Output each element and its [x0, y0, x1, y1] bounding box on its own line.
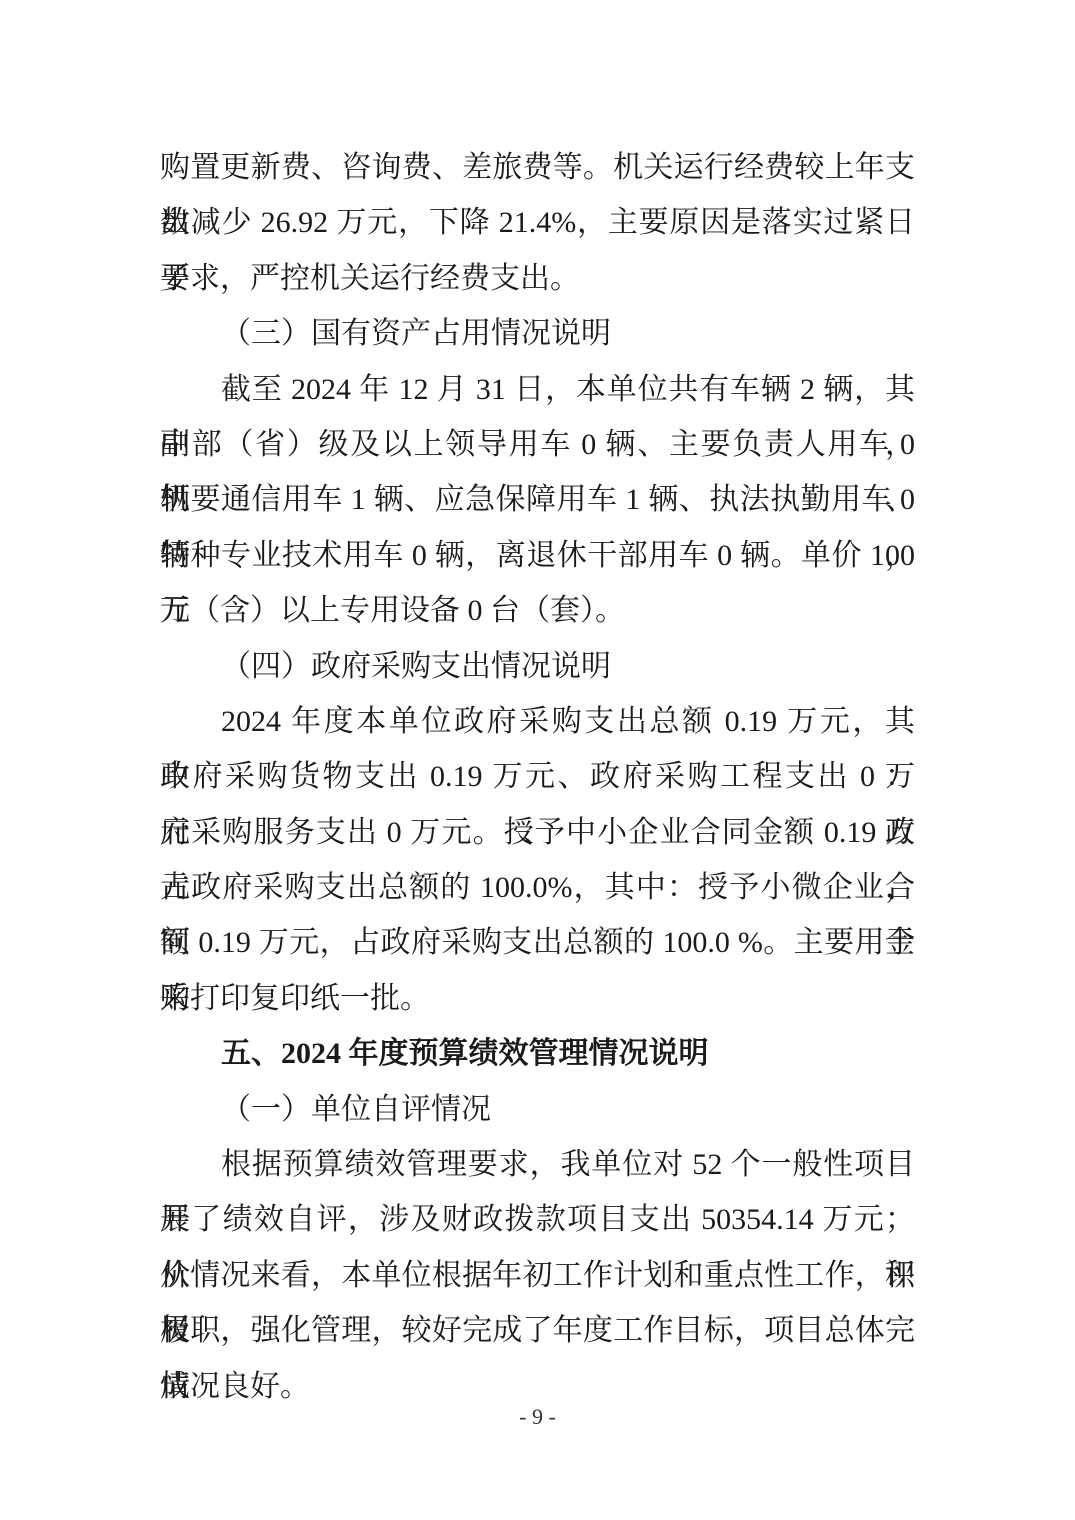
body-line: 额 0.19 万元，占政府采购支出总额的 100.0 %。主要用于采: [160, 915, 915, 970]
subsection-heading-gov-procurement: （四）政府采购支出情况说明: [160, 639, 915, 694]
subsection-heading-self-evaluation: （一）单位自评情况: [160, 1082, 915, 1137]
body-line: 数减少 26.92 万元，下降 21.4%，主要原因是落实过紧日子: [160, 195, 915, 250]
section-heading-performance-management: 五、2024 年度预算绩效管理情况说明: [160, 1026, 915, 1081]
body-line: 特种专业技术用车 0 辆，离退休干部用车 0 辆。单价 100 万: [160, 528, 915, 583]
subsection-heading-state-assets: （三）国有资产占用情况说明: [160, 306, 915, 361]
body-line: 截至 2024 年 12 月 31 日，本单位共有车辆 2 辆，其中，: [160, 362, 915, 417]
document-body: 购置更新费、咨询费、差旅费等。机关运行经费较上年支出 数减少 26.92 万元，…: [160, 140, 915, 1414]
body-line: 政府采购货物支出 0.19 万元、政府采购工程支出 0 万元、政: [160, 749, 915, 804]
body-line: 副部（省）级及以上领导用车 0 辆、主要负责人用车 0 辆、: [160, 417, 915, 472]
body-line: 购置更新费、咨询费、差旅费等。机关运行经费较上年支出: [160, 140, 915, 195]
body-line: 要求，严控机关运行经费支出。: [160, 251, 915, 306]
body-line: 展了绩效自评，涉及财政拨款项目支出 50354.14 万元；从评: [160, 1192, 915, 1247]
body-line: 根据预算绩效管理要求，我单位对 52 个一般性项目开: [160, 1137, 915, 1192]
page-number: - 9 -: [0, 1402, 1075, 1432]
body-line: 履职，强化管理，较好完成了年度工作目标，项目总体完成: [160, 1303, 915, 1358]
body-line: 府采购服务支出 0 万元。授予中小企业合同金额 0.19 万元，: [160, 805, 915, 860]
body-line: 机要通信用车 1 辆、应急保障用车 1 辆、执法执勤用车 0 辆，: [160, 472, 915, 527]
body-line: 占政府采购支出总额的 100.0%，其中：授予小微企业合同金: [160, 860, 915, 915]
body-line: 2024 年度本单位政府采购支出总额 0.19 万元，其中：: [160, 694, 915, 749]
body-line: 购打印复印纸一批。: [160, 971, 915, 1026]
body-line: 价情况来看，本单位根据年初工作计划和重点性工作，积极: [160, 1248, 915, 1303]
document-page: 购置更新费、咨询费、差旅费等。机关运行经费较上年支出 数减少 26.92 万元，…: [0, 0, 1075, 1520]
body-line: 元（含）以上专用设备 0 台（套）。: [160, 583, 915, 638]
